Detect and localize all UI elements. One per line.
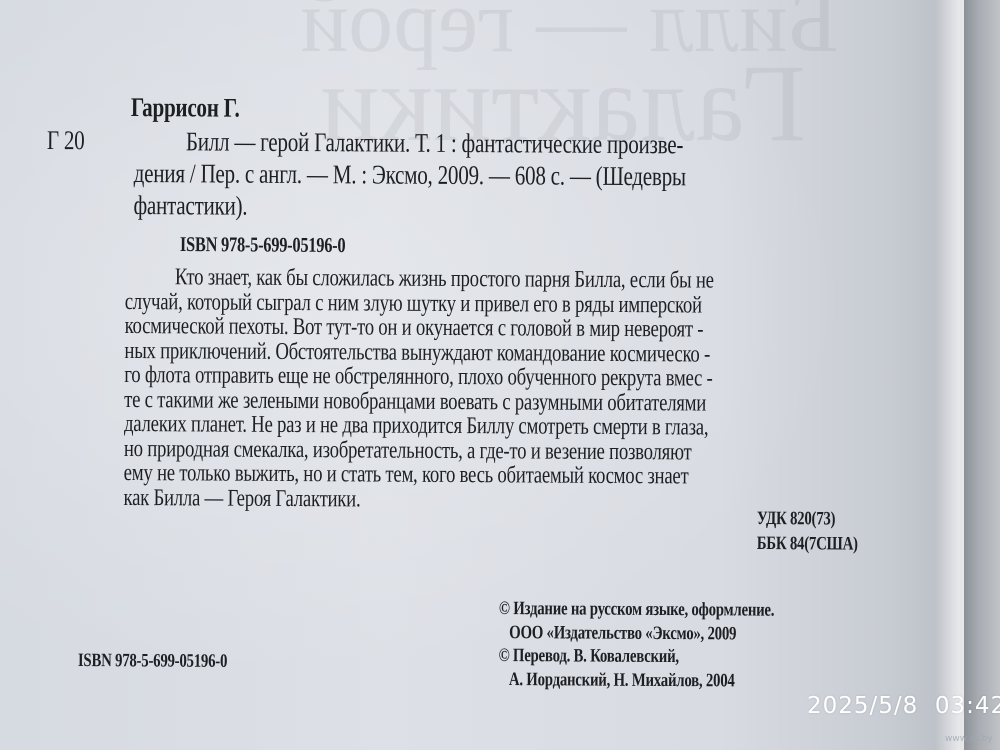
- biblio-line: Билл — герой Галактики. Т. 1 : фантастич…: [186, 125, 683, 160]
- isbn-top: ISBN 978-5-699-05196-0: [180, 232, 392, 258]
- watermark: www.ay.by: [945, 734, 993, 744]
- author-name: Гаррисон Г.: [131, 92, 270, 124]
- classification-indices: УДК 820(73) ББК 84(7США): [757, 506, 887, 557]
- biblio-line: фантастики).: [133, 189, 247, 222]
- annotation-paragraph: Кто знает, как бы сложилась жизнь просто…: [124, 265, 880, 515]
- copyright-line: © Перевод. В. Ковалевский,: [499, 644, 679, 669]
- copyright-line: А. Иорданский, Н. Михайлов, 2004: [498, 667, 734, 692]
- photo-timestamp: 2025/5/8 03:42: [807, 693, 1000, 719]
- classification-code: Г 20: [47, 125, 95, 156]
- annotation-line: как Билла — Героя Галактики.: [124, 485, 361, 511]
- copyright-line: © Издание на русском языке, оформление.: [499, 597, 775, 622]
- isbn-bottom: ISBN 978-5-699-05196-0: [78, 650, 269, 673]
- adjacent-page-edge: [964, 0, 1000, 750]
- page-fold-highlight: [935, 0, 965, 750]
- book-page: Билл — герой Галактики Гаррисон Г. Г 20 …: [0, 0, 960, 750]
- bbk-code: ББК 84(7США): [757, 531, 858, 557]
- udk-code: УДК 820(73): [757, 506, 836, 531]
- biblio-line: дения / Пер. с англ. — М. : Эксмо, 2009.…: [134, 157, 686, 192]
- copyright-block: © Издание на русском языке, оформление. …: [498, 597, 852, 693]
- copyright-line: ООО «Издательство «Эксмо», 2009: [499, 620, 737, 645]
- bibliographic-description: Билл — герой Галактики. Т. 1 : фантастич…: [133, 125, 841, 225]
